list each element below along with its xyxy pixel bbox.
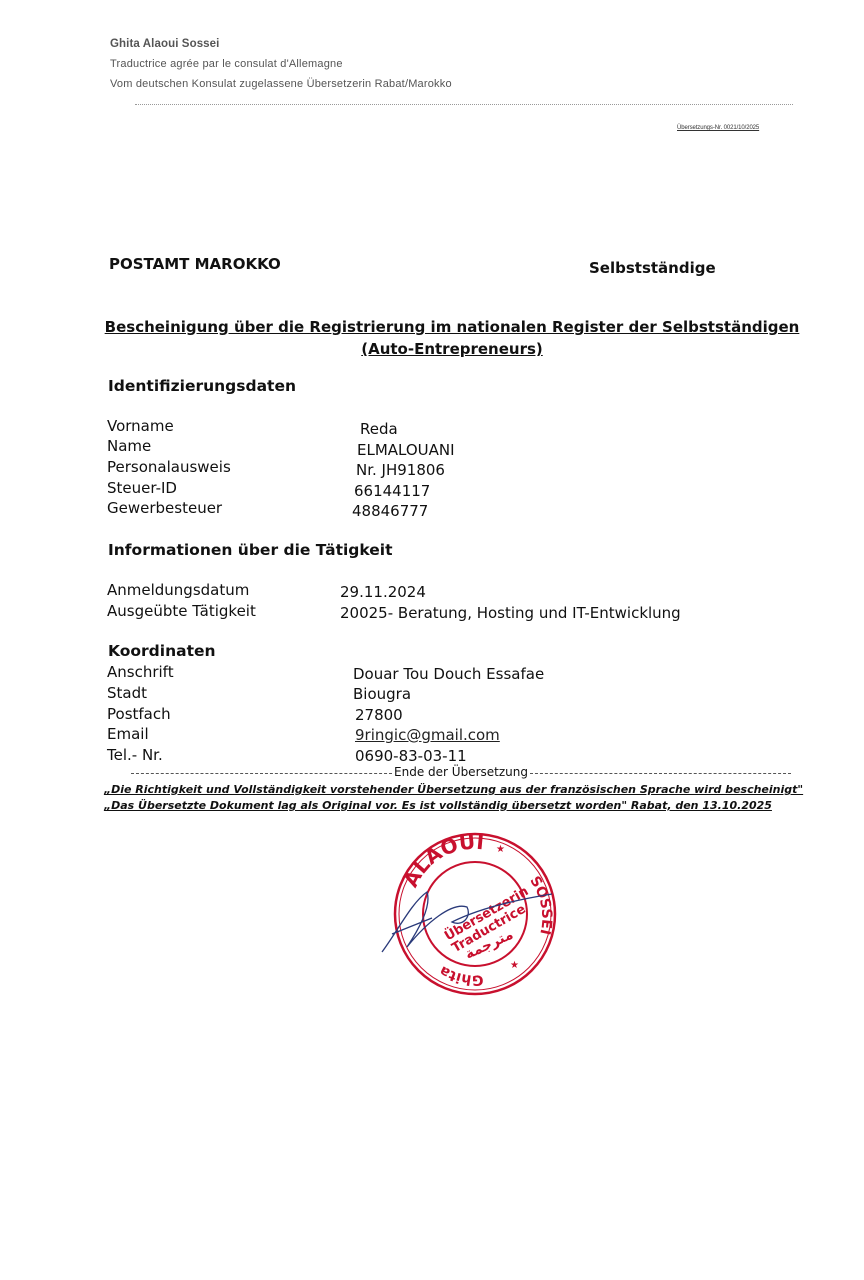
dashed-rule	[530, 773, 791, 774]
dashed-rule	[131, 773, 392, 774]
svg-text:★: ★	[510, 960, 519, 971]
field-value-registration-date: 29.11.2024	[340, 583, 426, 601]
field-value-activity: 20025- Beratung, Hosting und IT-Entwickl…	[340, 604, 681, 622]
field-label: Stadt	[107, 684, 147, 702]
section-heading-activity: Informationen über die Tätigkeit	[108, 541, 393, 559]
header-divider	[135, 104, 793, 105]
field-value-postal-code: 27800	[355, 706, 403, 724]
field-value-business-tax: 48846777	[352, 502, 428, 520]
field-label: Tel.- Nr.	[107, 746, 163, 764]
field-label: Steuer-ID	[107, 479, 177, 497]
svg-text:SOSSEI: SOSSEI	[526, 874, 554, 937]
end-of-translation-label: Ende der Übersetzung	[392, 765, 530, 779]
field-label: Ausgeübte Tätigkeit	[107, 602, 256, 620]
translation-reference-number: Übersetzungs-Nr. 0021/10/2025	[677, 125, 759, 131]
translator-credential-de: Vom deutschen Konsulat zugelassene Übers…	[110, 78, 452, 90]
certification-statement: „Die Richtigkeit und Vollständigkeit vor…	[104, 783, 803, 796]
field-label: Anschrift	[107, 663, 174, 681]
field-label: Email	[107, 725, 149, 743]
translator-credential-fr: Traductrice agrée par le consulat d'Alle…	[110, 58, 343, 70]
document-title: Bescheinigung über die Registrierung im …	[0, 318, 864, 336]
translator-stamp: ALAOUI SOSSEI Ghita ★ ★ Übersetzerin Tra…	[372, 822, 572, 1002]
field-value-id-card: Nr. JH91806	[356, 461, 445, 479]
field-value-phone: 0690-83-03-11	[355, 747, 467, 765]
svg-text:ALAOUI: ALAOUI	[398, 829, 485, 891]
field-value-email[interactable]: 9ringic@gmail.com	[355, 726, 500, 744]
section-heading-identification: Identifizierungsdaten	[108, 377, 296, 395]
section-heading-contact: Koordinaten	[108, 642, 216, 660]
field-label: Anmeldungsdatum	[107, 581, 249, 599]
certification-place-date: „Das Übersetzte Dokument lag als Origina…	[104, 799, 772, 812]
translator-name: Ghita Alaoui Sossei	[110, 38, 219, 50]
field-value-address: Douar Tou Douch Essafae	[353, 665, 544, 683]
field-value-first-name: Reda	[360, 420, 398, 438]
field-label: Postfach	[107, 705, 171, 723]
issuer: POSTAMT MAROKKO	[109, 255, 281, 273]
document-category: Selbstständige	[589, 259, 716, 277]
field-label: Vorname	[107, 417, 174, 435]
field-label: Personalausweis	[107, 458, 231, 476]
field-value-last-name: ELMALOUANI	[357, 441, 455, 459]
field-value-city: Biougra	[353, 685, 411, 703]
field-value-tax-id: 66144117	[354, 482, 430, 500]
document-subtitle: (Auto-Entrepreneurs)	[0, 340, 864, 358]
stamp-seal-icon: ALAOUI SOSSEI Ghita ★ ★ Übersetzerin Tra…	[372, 822, 572, 1002]
end-of-translation-divider: Ende der Übersetzung	[131, 765, 791, 779]
svg-text:★: ★	[496, 844, 505, 855]
field-label: Gewerbesteuer	[107, 499, 222, 517]
field-label: Name	[107, 437, 151, 455]
